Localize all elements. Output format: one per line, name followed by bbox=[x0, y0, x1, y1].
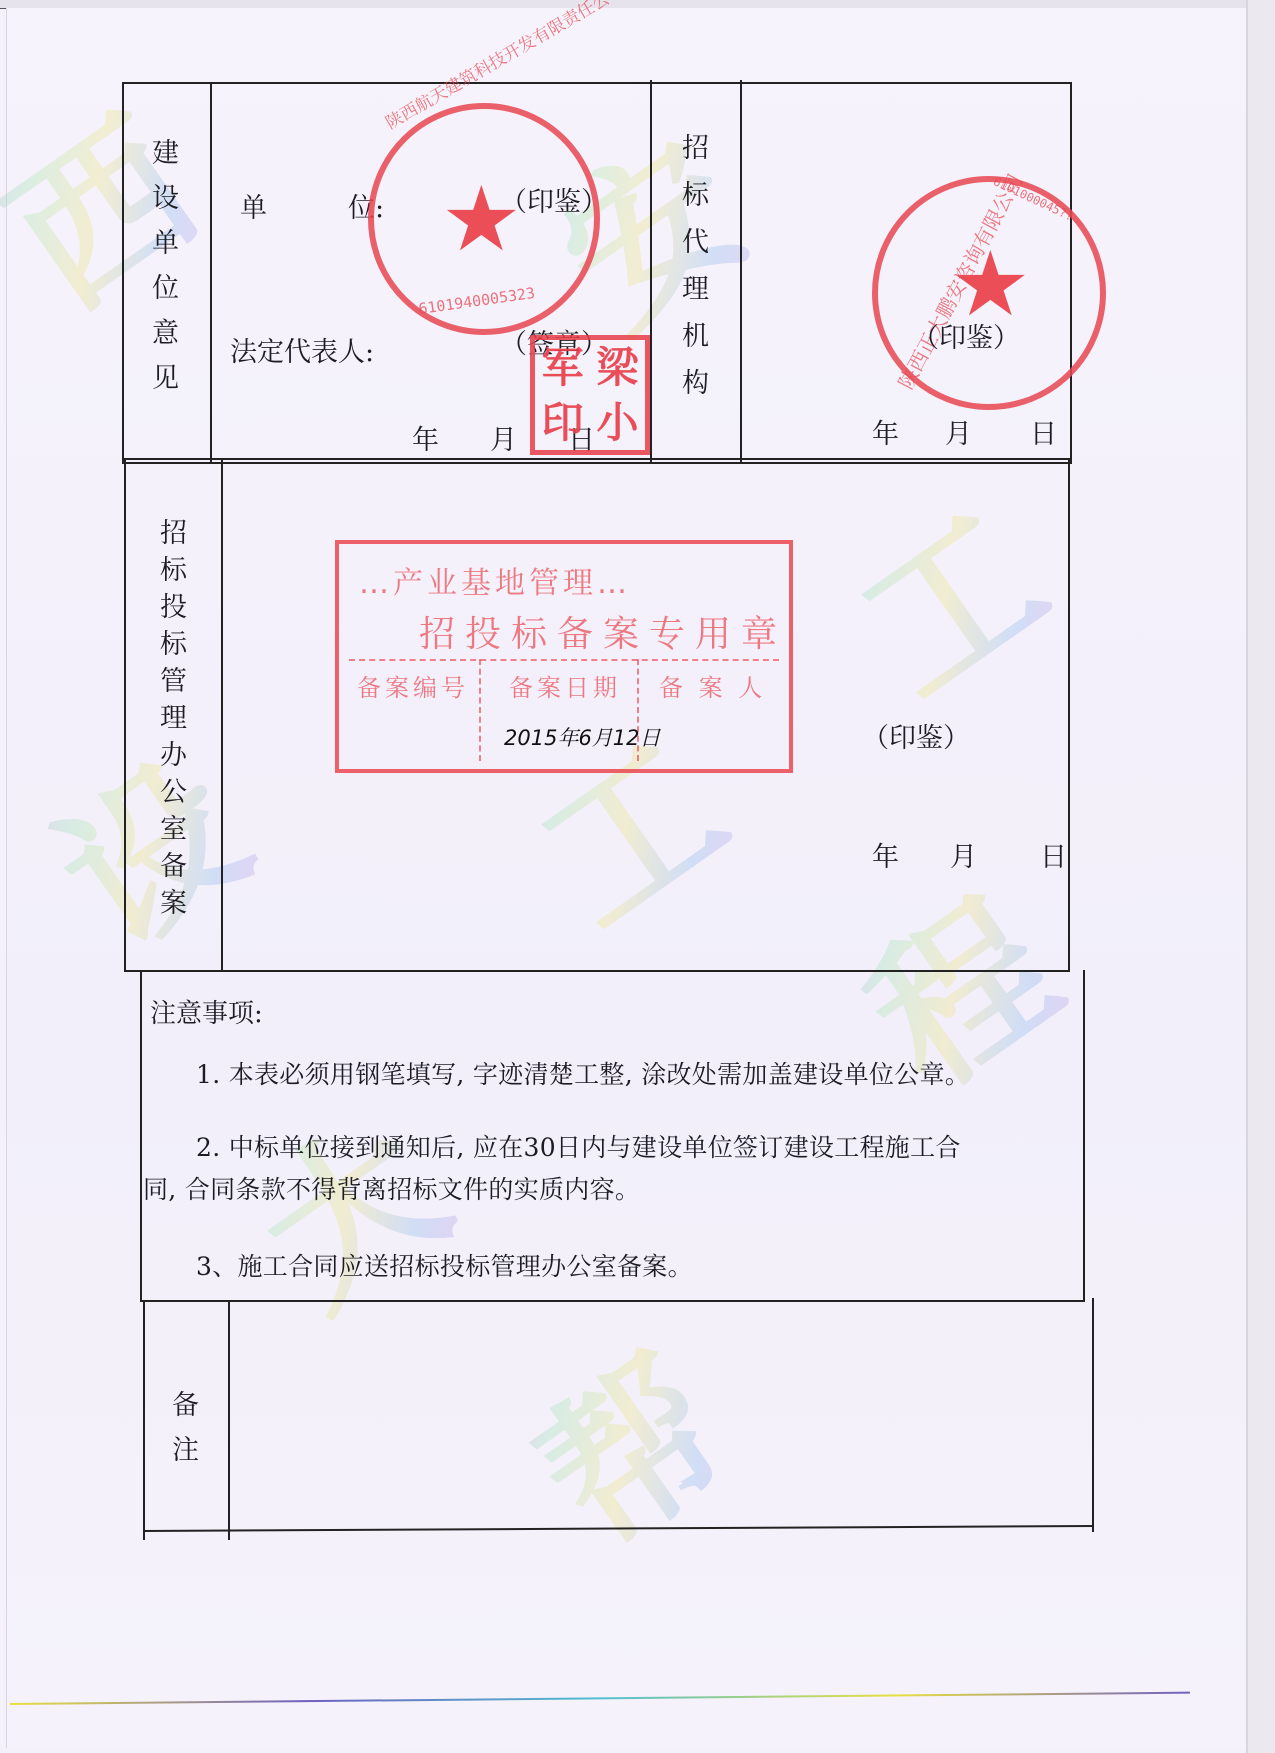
legal-rep-label: 法定代表人: bbox=[230, 330, 374, 369]
divider bbox=[124, 970, 1070, 972]
label-char: 管 bbox=[160, 668, 187, 695]
label-char: 理 bbox=[682, 276, 709, 303]
date-day: 日 bbox=[1040, 835, 1067, 874]
remarks-label: 备 注 bbox=[172, 1392, 199, 1464]
divider bbox=[210, 82, 212, 462]
notes-title: 注意事项: bbox=[150, 993, 263, 1030]
label-char: 意 bbox=[152, 320, 179, 347]
label-char: 构 bbox=[682, 370, 709, 397]
label-char: 代 bbox=[682, 229, 709, 256]
bidding-office-filing-label: 招 标 投 标 管 理 办 公 室 备 案 bbox=[160, 520, 187, 917]
divider bbox=[228, 1300, 230, 1540]
divider bbox=[221, 458, 223, 972]
date-day: 日 bbox=[1030, 412, 1057, 451]
divider bbox=[650, 80, 652, 462]
seal-char: 军 bbox=[535, 347, 590, 389]
label-char: 建 bbox=[152, 140, 179, 167]
star-icon: ★ bbox=[441, 175, 522, 265]
filing-date-handwritten: 2015年6月12日 bbox=[504, 722, 661, 752]
divider bbox=[124, 458, 1070, 460]
date-year: 年 bbox=[872, 835, 899, 874]
label-char: 单 bbox=[152, 230, 179, 257]
date-year: 年 bbox=[872, 412, 899, 451]
label-char: 招 bbox=[160, 520, 187, 547]
date-month: 月 bbox=[490, 418, 517, 457]
label-char: 招 bbox=[682, 135, 709, 162]
label-char: 注 bbox=[172, 1437, 199, 1464]
note-item-2-cont: 同, 合同条款不得背离招标文件的实质内容。 bbox=[143, 1170, 640, 1206]
right-border bbox=[1092, 1298, 1094, 1532]
stamp-line1: …产业基地管理… bbox=[359, 558, 631, 602]
label-char: 办 bbox=[160, 742, 187, 769]
stamp-col-filing-number: 备案编号 bbox=[357, 668, 469, 703]
label-char: 室 bbox=[160, 816, 187, 843]
stamp-col-filing-date: 备案日期 bbox=[509, 668, 621, 703]
label-char: 案 bbox=[160, 890, 187, 917]
note-item-3: 3、施工合同应送招标投标管理办公室备案。 bbox=[196, 1247, 693, 1283]
stamp-divider bbox=[479, 659, 481, 761]
seal-char: 梁 bbox=[590, 347, 645, 389]
seal-char: 小 bbox=[590, 402, 645, 444]
stamp-line2: 招投标备案专用章 bbox=[419, 606, 787, 657]
label-char: 备 bbox=[172, 1392, 199, 1419]
filing-seal-note: （印鉴） bbox=[862, 716, 970, 755]
note-item-2: 2. 中标单位接到通知后, 应在30日内与建设单位签订建设工程施工合 bbox=[196, 1128, 961, 1164]
label-char: 备 bbox=[160, 853, 187, 880]
date-year: 年 bbox=[412, 418, 439, 457]
label-char: 理 bbox=[160, 705, 187, 732]
date-month: 月 bbox=[945, 412, 972, 451]
label-char: 位 bbox=[152, 275, 179, 302]
label-char: 公 bbox=[160, 779, 187, 806]
divider bbox=[140, 1300, 1085, 1302]
stamp-divider bbox=[349, 659, 779, 661]
stamp-col-filer: 备 案 人 bbox=[659, 668, 766, 703]
legal-rep-personal-seal: 军 梁 印 小 bbox=[530, 335, 650, 455]
left-border bbox=[124, 458, 126, 972]
label-char: 标 bbox=[160, 557, 187, 584]
label-char: 标 bbox=[682, 182, 709, 209]
divider bbox=[740, 80, 742, 462]
tender-agent-seal-note: （印鉴） bbox=[912, 316, 1020, 355]
construction-unit-opinion-label: 建 设 单 位 意 见 bbox=[152, 140, 179, 392]
seal-char: 印 bbox=[535, 402, 590, 444]
label-char: 见 bbox=[152, 365, 179, 392]
label-char: 设 bbox=[152, 185, 179, 212]
unit-label: 单 位: bbox=[240, 186, 384, 225]
left-border bbox=[143, 1300, 145, 1540]
label-char: 投 bbox=[160, 594, 187, 621]
scan-right-edge bbox=[1246, 0, 1275, 1753]
note-item-1: 1. 本表必须用钢笔填写, 字迹清楚工整, 涂改处需加盖建设单位公章。 bbox=[196, 1055, 970, 1091]
filing-stamp: …产业基地管理… 招投标备案专用章 备案编号 备案日期 备 案 人 2015年6… bbox=[335, 540, 793, 773]
label-char: 标 bbox=[160, 631, 187, 658]
right-border bbox=[1068, 458, 1070, 972]
left-border bbox=[140, 970, 142, 1302]
remarks-content bbox=[240, 1310, 1080, 1525]
label-char: 机 bbox=[682, 323, 709, 350]
right-border bbox=[1083, 970, 1085, 1302]
tender-agent-label: 招 标 代 理 机 构 bbox=[682, 135, 709, 397]
date-month: 月 bbox=[950, 835, 977, 874]
